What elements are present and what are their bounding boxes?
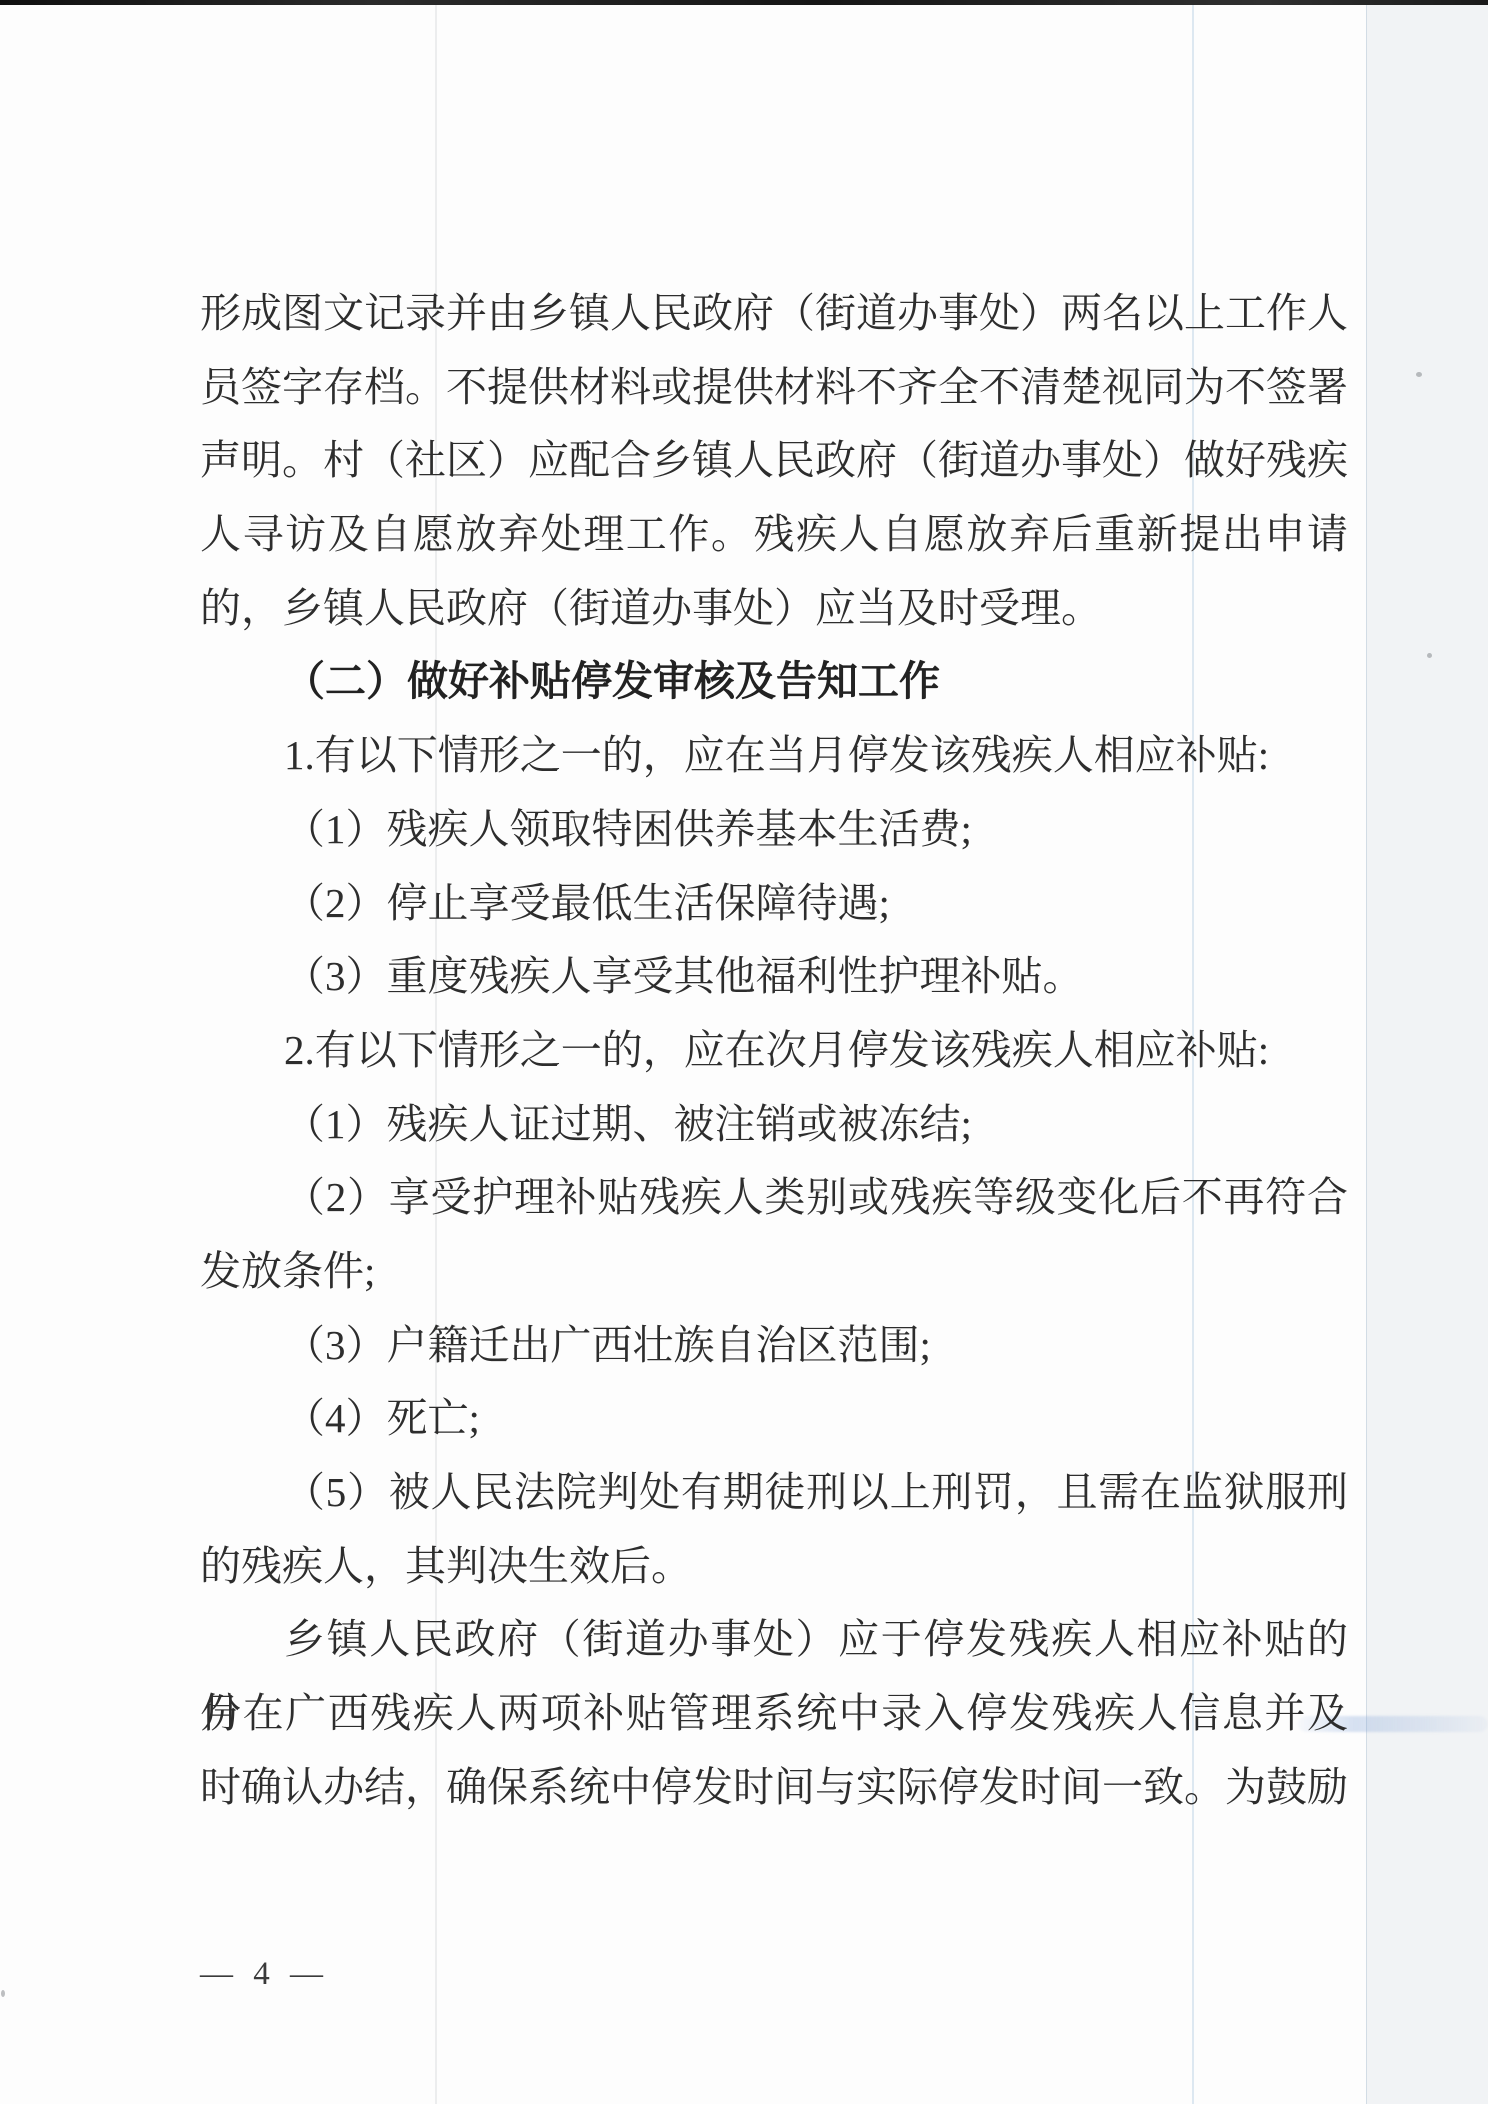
list-item: （3）重度残疾人享受其他福利性护理补贴。 (200, 940, 1348, 1014)
text-line: 员签字存档。不提供材料或提供材料不齐全不清楚视同为不签署 (200, 351, 1348, 425)
scan-speck (1416, 372, 1422, 377)
text-line: 2.有以下情形之一的，应在次月停发该残疾人相应补贴: (200, 1014, 1348, 1088)
list-item: 发放条件; (200, 1235, 1348, 1309)
text-line: 的，乡镇人民政府（街道办事处）应当及时受理。 (200, 572, 1348, 646)
scan-right-edge-strip (1366, 5, 1488, 2104)
text-line: 乡镇人民政府（街道办事处）应于停发残疾人相应补贴的月 (200, 1603, 1348, 1677)
scan-speck (1427, 653, 1432, 658)
scanned-document-page: 形成图文记录并由乡镇人民政府（街道办事处）两名以上工作人 员签字存档。不提供材料… (0, 0, 1488, 2104)
list-item: （1）残疾人领取特困供养基本生活费; (200, 793, 1348, 867)
text-line: 1.有以下情形之一的，应在当月停发该残疾人相应补贴: (200, 719, 1348, 793)
text-line: 份在广西残疾人两项补贴管理系统中录入停发残疾人信息并及 (200, 1677, 1348, 1751)
section-heading: （二）做好补贴停发审核及告知工作 (200, 645, 1348, 719)
list-item: 的残疾人，其判决生效后。 (200, 1530, 1348, 1604)
scan-top-edge-artifact (0, 0, 1488, 5)
text-line: 人寻访及自愿放弃处理工作。残疾人自愿放弃后重新提出申请 (200, 498, 1348, 572)
list-item: （4）死亡; (200, 1382, 1348, 1456)
scan-speck (1, 1990, 5, 1997)
text-line: 形成图文记录并由乡镇人民政府（街道办事处）两名以上工作人 (200, 277, 1348, 351)
list-item: （3）户籍迁出广西壮族自治区范围; (200, 1309, 1348, 1383)
list-item: （5）被人民法院判处有期徒刑以上刑罚，且需在监狱服刑 (200, 1456, 1348, 1530)
document-body: 形成图文记录并由乡镇人民政府（街道办事处）两名以上工作人 员签字存档。不提供材料… (200, 277, 1348, 1824)
page-number: — 4 — (200, 1954, 329, 1994)
text-line: 声明。村（社区）应配合乡镇人民政府（街道办事处）做好残疾 (200, 424, 1348, 498)
list-item: （2）停止享受最低生活保障待遇; (200, 867, 1348, 941)
list-item: （1）残疾人证过期、被注销或被冻结; (200, 1088, 1348, 1162)
text-line: 时确认办结，确保系统中停发时间与实际停发时间一致。为鼓励 (200, 1751, 1348, 1825)
list-item: （2）享受护理补贴残疾人类别或残疾等级变化后不再符合 (200, 1161, 1348, 1235)
